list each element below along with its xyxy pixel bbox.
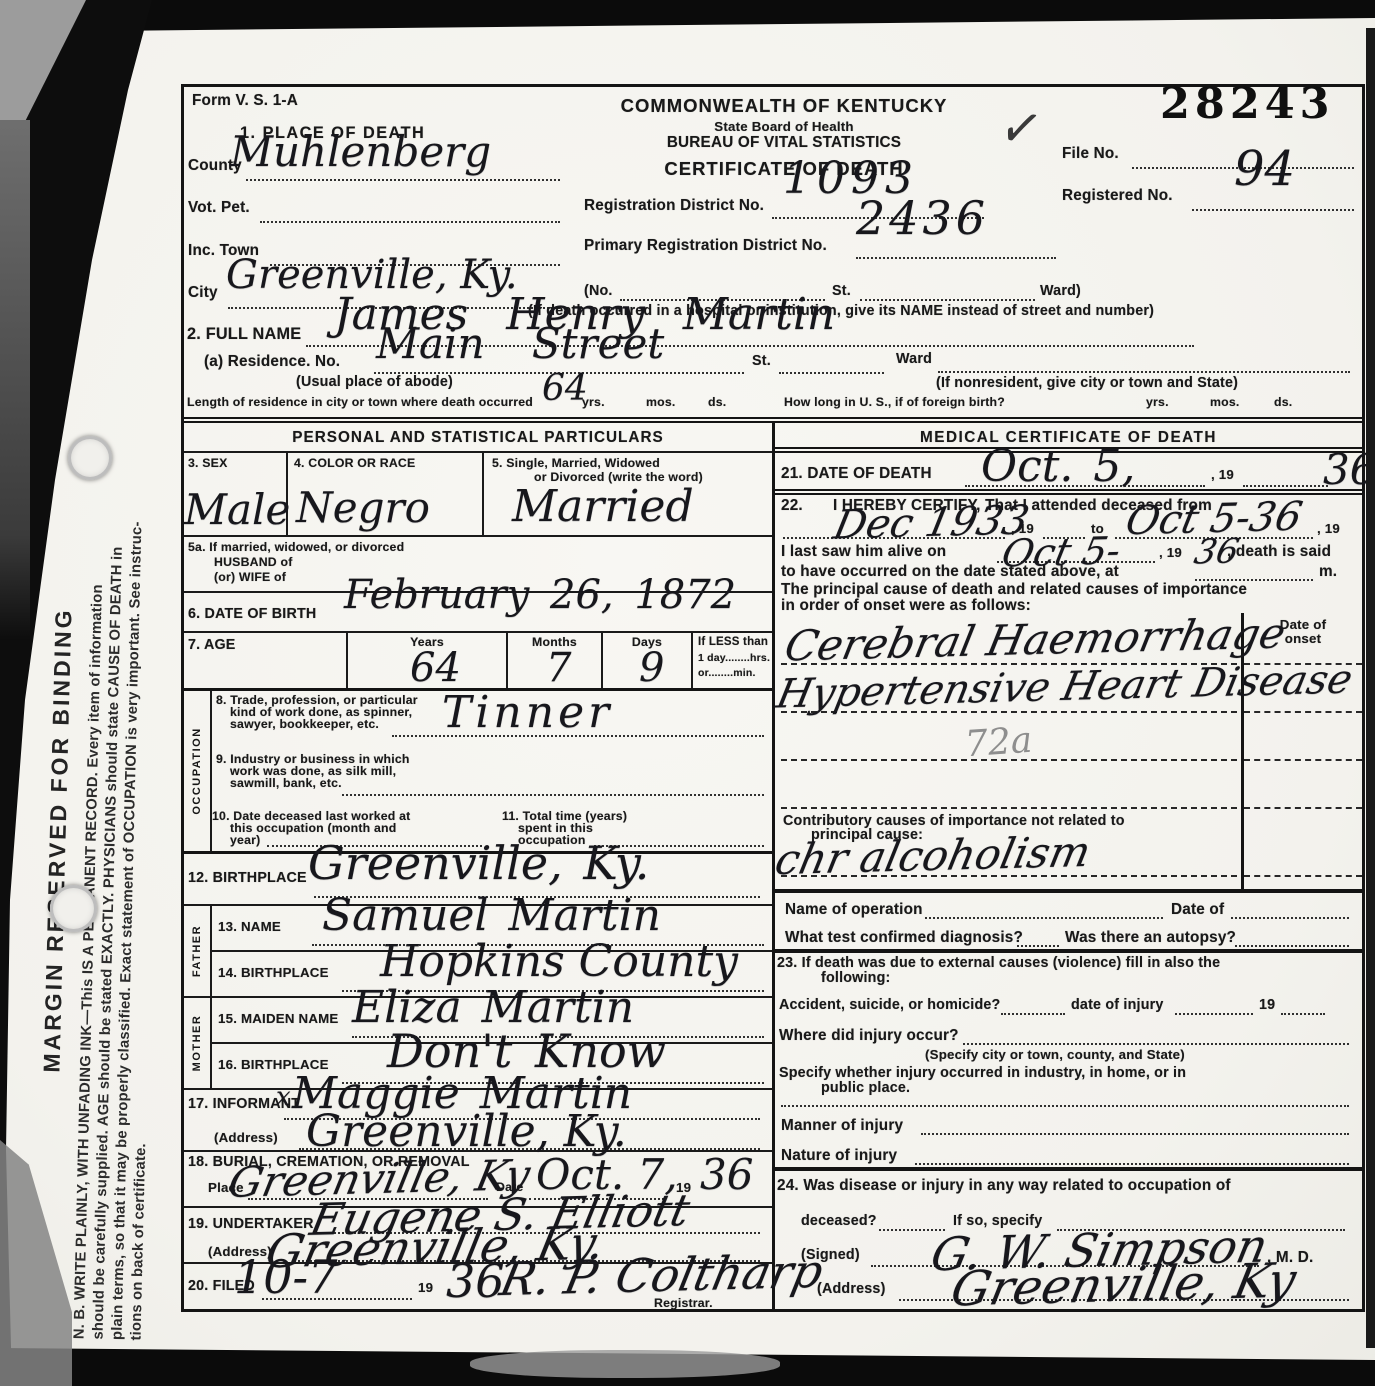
dotted-leader bbox=[342, 794, 764, 796]
dotted-leader bbox=[1017, 945, 1059, 947]
external-causes-label: 23. If death was due to external causes … bbox=[777, 955, 1220, 971]
test-confirmed-label: What test confirmed diagnosis? bbox=[785, 929, 1023, 947]
dotted-leader bbox=[1281, 1013, 1325, 1015]
commonwealth-title: COMMONWEALTH OF KENTUCKY bbox=[574, 95, 994, 117]
dotted-leader bbox=[915, 1163, 1349, 1165]
dotted-leader bbox=[1175, 1013, 1253, 1015]
masthead: Form V. S. 1-A 1. PLACE OF DEATH County … bbox=[184, 87, 1362, 417]
spouse-wife-label: (or) WIFE of bbox=[214, 570, 286, 584]
margin-binding-note: MARGIN RESERVED FOR BINDING bbox=[38, 607, 77, 1073]
father-birthplace-label: 14. BIRTHPLACE bbox=[218, 965, 329, 980]
accident-label: Accident, suicide, or homicide? bbox=[779, 997, 1001, 1013]
signed-address-label: (Address) bbox=[817, 1281, 886, 1297]
age-years-value: 64 bbox=[410, 648, 461, 688]
operation-date-label: Date of bbox=[1171, 901, 1224, 919]
spouse-husband-label: HUSBAND of bbox=[214, 555, 293, 569]
date-of-onset-label-2: onset bbox=[1285, 631, 1321, 646]
ds-label: ds. bbox=[1274, 395, 1292, 409]
trade-value: Tinner bbox=[442, 691, 613, 735]
dotted-leader bbox=[879, 1229, 945, 1231]
informant-premark: x bbox=[276, 1084, 291, 1110]
dotted-leader bbox=[246, 179, 560, 181]
marital-label: 5. Single, Married, Widowed bbox=[492, 456, 660, 470]
specify-where-label: Specify whether injury occurred in indus… bbox=[779, 1065, 1186, 1081]
city-label: City bbox=[188, 284, 218, 302]
dotted-leader bbox=[856, 257, 1056, 259]
birthplace-label: 12. BIRTHPLACE bbox=[188, 870, 307, 886]
residence-value: Main Street bbox=[376, 323, 664, 365]
pencil-code-note: 72a bbox=[964, 723, 1034, 764]
mother-maiden-name-label: 15. MAIDEN NAME bbox=[218, 1011, 338, 1026]
date-of-death-value: Oct. 5, bbox=[981, 445, 1135, 489]
binder-punch-hole bbox=[50, 885, 97, 932]
signed-label: (Signed) bbox=[801, 1247, 860, 1263]
father-name-value: Samuel Martin bbox=[322, 894, 661, 938]
contributory-value: chr alcoholism bbox=[772, 831, 1094, 881]
informant-address-label: (Address) bbox=[214, 1130, 278, 1145]
operation-label: Name of operation bbox=[785, 901, 923, 919]
dotted-leader bbox=[921, 1133, 1349, 1135]
onset-line bbox=[1244, 711, 1362, 713]
cause-of-death-1: Cerebral Haemorrhage bbox=[781, 613, 1289, 668]
attended-from-value: Dec 1933 bbox=[830, 500, 1032, 545]
sex-label: 3. SEX bbox=[188, 456, 227, 470]
pen-checkmark: ✓ bbox=[994, 91, 1048, 166]
burial-year-value: 36 bbox=[700, 1154, 753, 1196]
to-year-prefix: , 19 bbox=[1317, 521, 1340, 536]
nature-of-injury-label: Nature of injury bbox=[781, 1147, 897, 1165]
manner-of-injury-label: Manner of injury bbox=[781, 1117, 903, 1135]
spouse-label: 5a. If married, widowed, or divorced bbox=[188, 540, 404, 554]
personal-particulars-column: PERSONAL AND STATISTICAL PARTICULARS 3. … bbox=[184, 423, 775, 1309]
where-injury-label: Where did injury occur? bbox=[779, 1027, 959, 1045]
external-causes-label-2: following: bbox=[821, 970, 891, 986]
registered-no-label: Registered No. bbox=[1062, 187, 1173, 205]
onset-line bbox=[1244, 759, 1362, 761]
filed-year-value: 36 bbox=[446, 1258, 505, 1304]
scan-edge-right bbox=[1366, 28, 1375, 1348]
race-label: 4. COLOR OR RACE bbox=[294, 456, 415, 470]
mos-label: mos. bbox=[1210, 395, 1240, 409]
birthplace-value: Greenville, Ky. bbox=[308, 840, 649, 886]
injury-date-label: date of injury bbox=[1071, 997, 1164, 1013]
vot-pet-label: Vot. Pet. bbox=[188, 199, 250, 217]
scan-gray-smudge bbox=[470, 1350, 780, 1378]
residence-ward-label: Ward bbox=[896, 351, 932, 367]
primary-district-value: 2436 bbox=[856, 195, 989, 241]
date-of-death-label: 21. DATE OF DEATH bbox=[781, 465, 932, 483]
physician-address-value: Greenville, Ky bbox=[947, 1257, 1300, 1314]
deceased-label: deceased? bbox=[801, 1213, 877, 1229]
dotted-leader bbox=[938, 371, 1350, 373]
yrs-label: yrs. bbox=[1146, 395, 1169, 409]
informant-address-value: Greenville, Ky. bbox=[306, 1110, 627, 1154]
mos-label: mos. bbox=[646, 395, 676, 409]
age-label: 7. AGE bbox=[188, 637, 236, 653]
form-number: Form V. S. 1-A bbox=[192, 92, 298, 110]
certificate-stamp-number: 28243 bbox=[1160, 79, 1335, 129]
scan-gray-corner-bottom bbox=[0, 1140, 72, 1386]
if-less-label: If LESS than bbox=[698, 636, 768, 648]
age-months-value: 7 bbox=[546, 648, 571, 688]
cause-line bbox=[781, 807, 1237, 809]
nonresident-note: (If nonresident, give city or town and S… bbox=[936, 375, 1238, 391]
margin-nb-note: N. B. WRITE PLAINLY, WITH UNFADING INK—T… bbox=[70, 149, 175, 1341]
scanned-death-certificate: { "margin": { "binding": "MARGIN RESERVE… bbox=[0, 0, 1375, 1386]
industry-label-3: sawmill, bank, etc. bbox=[230, 776, 342, 790]
binder-punch-hole bbox=[68, 436, 112, 480]
last-saw-value: Oct 5- bbox=[999, 531, 1124, 572]
dotted-leader bbox=[1243, 485, 1328, 487]
dod-year-prefix: , 19 bbox=[1211, 467, 1234, 482]
hospital-ward-label: Ward) bbox=[1040, 283, 1081, 299]
onset-line bbox=[1244, 875, 1362, 877]
personal-title: PERSONAL AND STATISTICAL PARTICULARS bbox=[292, 429, 663, 446]
occupation-related-label: 24. Was disease or injury in any way rel… bbox=[777, 1177, 1231, 1195]
dotted-leader bbox=[781, 1105, 1349, 1107]
length-residence-value: 64 bbox=[542, 371, 588, 407]
length-residence-label: Length of residence in city or town wher… bbox=[187, 395, 533, 409]
mother-side-label: MOTHER bbox=[184, 998, 212, 1088]
registration-district-label: Registration District No. bbox=[584, 197, 764, 215]
medical-certificate-column: MEDICAL CERTIFICATE OF DEATH 21. DATE OF… bbox=[775, 423, 1362, 1309]
onset-line bbox=[1244, 807, 1362, 809]
filed-date-value: 10-7 bbox=[234, 1254, 337, 1300]
if-less-hrs-label: 1 day........hrs. bbox=[698, 652, 770, 664]
scan-gray-streak bbox=[0, 120, 30, 640]
last-worked-label-3: year) bbox=[230, 833, 260, 847]
dob-label: 6. DATE OF BIRTH bbox=[188, 606, 316, 622]
registered-no-value: 94 bbox=[1234, 145, 1295, 193]
specify-city-note: (Specify city or town, county, and State… bbox=[925, 1047, 1185, 1062]
dob-value: February 26, 1872 bbox=[344, 575, 736, 615]
occupation-side-label: OCCUPATION bbox=[184, 691, 212, 851]
father-name-label: 13. NAME bbox=[218, 919, 281, 934]
dotted-leader bbox=[1192, 209, 1354, 211]
file-no-label: File No. bbox=[1062, 145, 1119, 163]
meridiem-label: m. bbox=[1319, 563, 1337, 581]
county-value: Muhlenberg bbox=[230, 131, 491, 173]
paper-sheet: MARGIN RESERVED FOR BINDING N. B. WRITE … bbox=[0, 0, 1375, 1386]
certify-number: 22. bbox=[781, 497, 803, 515]
last-saw-year-value: 36 bbox=[1191, 534, 1241, 569]
sex-value: Male bbox=[184, 489, 290, 531]
father-birthplace-value: Hopkins County bbox=[380, 940, 738, 984]
us-length-label: How long in U. S., if of foreign birth? bbox=[784, 395, 1005, 409]
board-subtitle: State Board of Health bbox=[574, 119, 994, 134]
death-said-text: , death is said bbox=[1227, 543, 1331, 561]
abode-note: (Usual place of abode) bbox=[296, 374, 453, 390]
full-name-label: 2. FULL NAME bbox=[187, 325, 301, 344]
injury-year-prefix: 19 bbox=[1259, 997, 1275, 1013]
last-saw-year-prefix: , 19 bbox=[1159, 545, 1182, 560]
bureau-subtitle: BUREAU OF VITAL STATISTICS bbox=[574, 134, 994, 152]
specify-where-label-2: public place. bbox=[821, 1080, 910, 1096]
residence-label: (a) Residence. No. bbox=[204, 353, 340, 371]
primary-district-label: Primary Registration District No. bbox=[584, 237, 827, 255]
scan-edge-top bbox=[0, 0, 1375, 32]
dotted-leader bbox=[1231, 917, 1349, 919]
race-value: Negro bbox=[296, 487, 430, 529]
certificate-frame: Form V. S. 1-A 1. PLACE OF DEATH County … bbox=[181, 84, 1365, 1312]
filed-year-prefix: 19 bbox=[418, 1280, 433, 1295]
dotted-leader bbox=[963, 1043, 1349, 1045]
dotted-leader bbox=[1001, 1013, 1065, 1015]
dotted-leader bbox=[860, 299, 1035, 301]
marital-value: Married bbox=[512, 485, 694, 529]
dotted-leader bbox=[925, 917, 1163, 919]
residence-st-label: St. bbox=[752, 353, 771, 369]
ds-label: ds. bbox=[708, 395, 726, 409]
dotted-leader bbox=[260, 221, 560, 223]
autopsy-label: Was there an autopsy? bbox=[1065, 929, 1236, 947]
dotted-leader bbox=[1235, 945, 1349, 947]
trade-label-3: sawyer, bookkeeper, etc. bbox=[230, 717, 379, 731]
father-side-label: FATHER bbox=[184, 906, 212, 996]
age-days-value: 9 bbox=[639, 648, 664, 688]
dotted-leader bbox=[779, 372, 884, 374]
if-less-min-label: or........min. bbox=[698, 667, 756, 679]
